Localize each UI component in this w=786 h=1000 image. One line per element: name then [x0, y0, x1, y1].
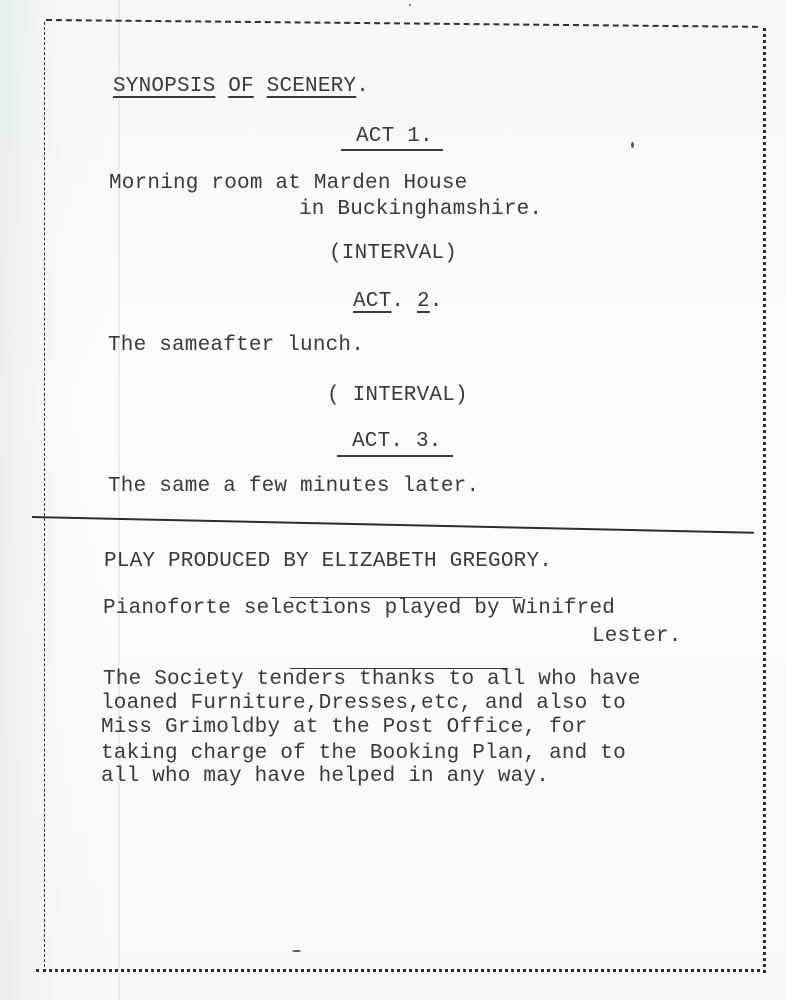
ink-speck	[631, 142, 634, 148]
section-divider	[32, 516, 754, 534]
paper-fold-shadow	[118, 0, 120, 1000]
act-2-number: 2	[417, 290, 430, 313]
act-2-word: ACT	[353, 290, 391, 313]
title-period: .	[356, 75, 369, 98]
title-word: OF	[228, 75, 254, 98]
interval-1: (INTERVAL)	[329, 243, 457, 264]
act-1-heading: ACT 1.	[356, 126, 433, 147]
act-1-scene-line-2: in Buckinghamshire.	[299, 199, 542, 220]
border-right	[763, 28, 766, 973]
thanks-line-1: The Society tenders thanks to all who ha…	[103, 669, 641, 690]
act-2-dot: .	[391, 290, 417, 313]
border-left	[44, 22, 45, 972]
act-3-scene-line-1: The same a few minutes later.	[108, 476, 479, 497]
thanks-line-4: taking charge of the Booking Plan, and t…	[101, 743, 626, 764]
pianoforte-line-2: Lester.	[592, 626, 682, 647]
interval-2: ( INTERVAL)	[327, 385, 468, 406]
synopsis-title: SYNOPSIS OF SCENERY.	[113, 76, 369, 97]
title-word: SYNOPSIS	[113, 75, 215, 98]
act-2-scene-line-1: The sameafter lunch.	[108, 335, 364, 356]
act-3-heading: ACT. 3.	[352, 431, 442, 452]
border-top	[46, 19, 758, 28]
border-bottom	[36, 969, 760, 972]
act-2-period: .	[430, 290, 443, 313]
title-word: SCENERY	[267, 75, 357, 98]
act-1-scene-line-1: Morning room at Marden House	[109, 173, 467, 194]
act-2-heading: ACT. 2.	[353, 291, 443, 312]
producer-credit: PLAY PRODUCED BY ELIZABETH GREGORY.	[104, 551, 552, 572]
thanks-line-3: Miss Grimoldby at the Post Office, for	[101, 717, 587, 738]
scanned-page: SYNOPSIS OF SCENERY. ACT 1. Morning room…	[0, 0, 786, 1000]
thanks-line-5: all who may have helped in any way.	[101, 766, 549, 787]
ink-speck	[292, 950, 301, 952]
thanks-line-2: loaned Furniture,Dresses,etc, and also t…	[101, 693, 626, 714]
ink-speck	[409, 4, 411, 6]
pianoforte-line-1: Pianoforte selections played by Winifred	[103, 598, 615, 619]
act-3-underline	[337, 455, 453, 457]
act-1-underline	[341, 149, 443, 151]
